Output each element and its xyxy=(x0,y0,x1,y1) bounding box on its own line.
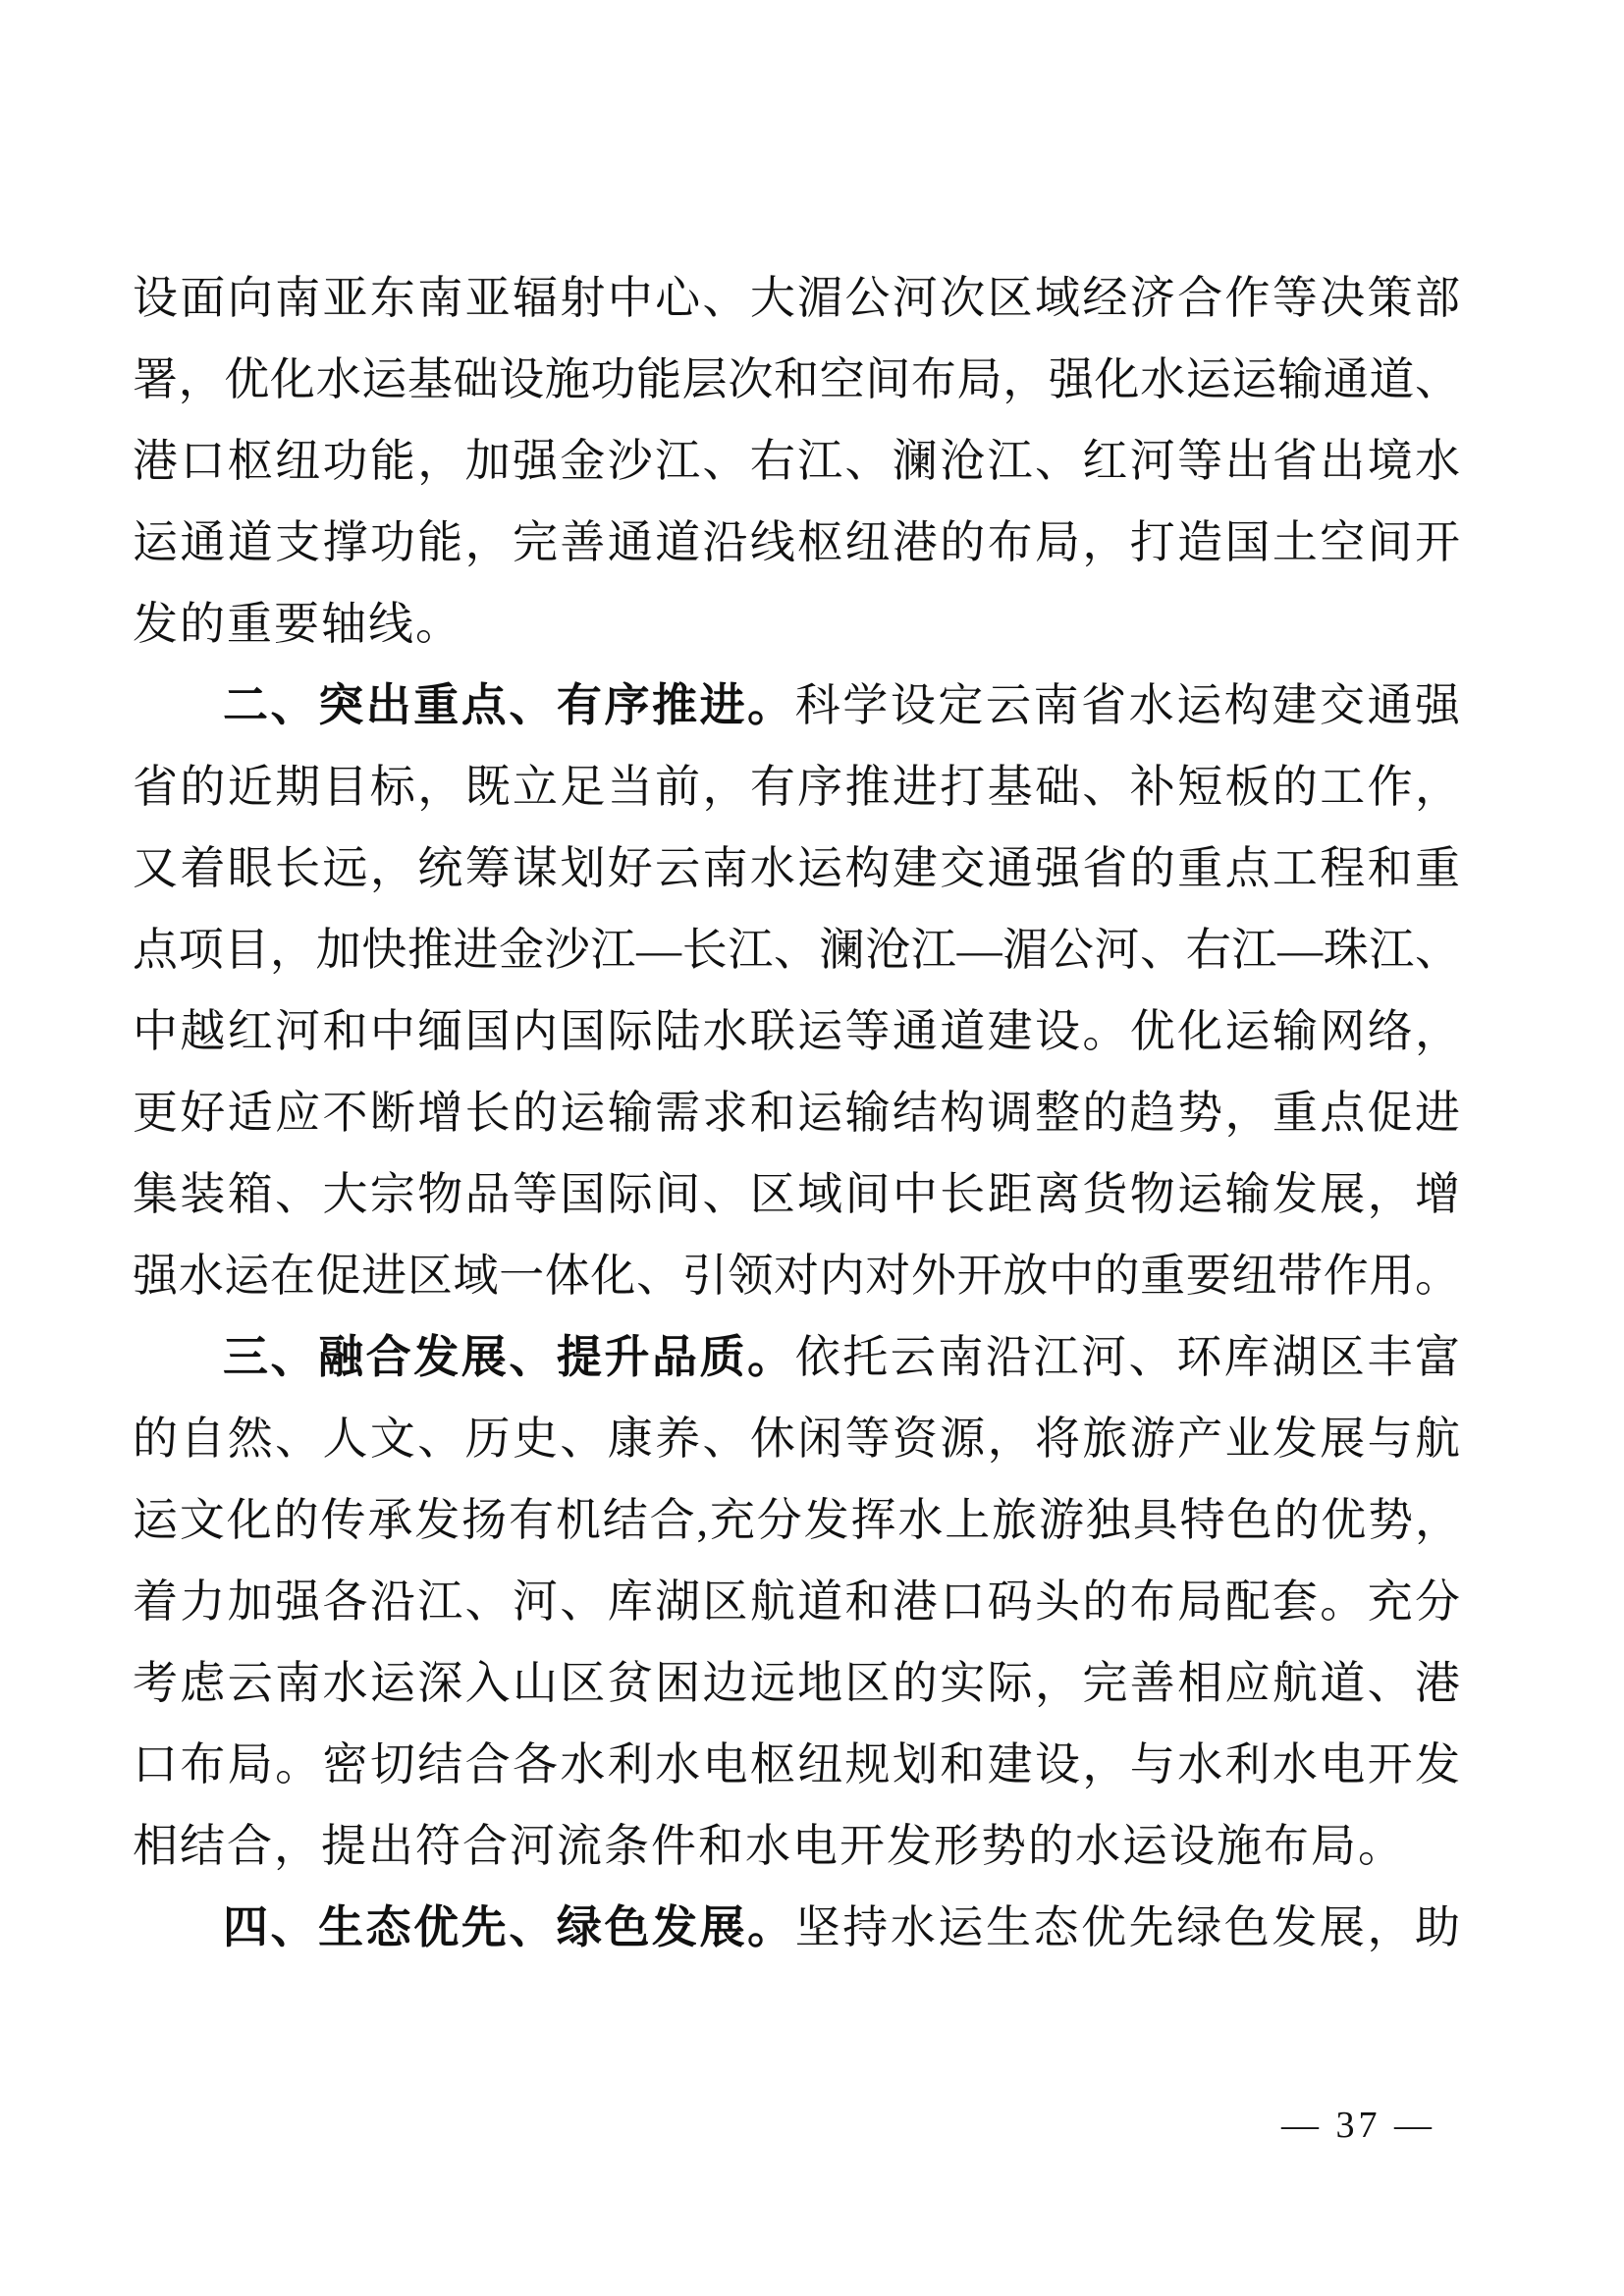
line-text: 运通道支撑功能，完善通道沿线枢纽港的布局，打造国土空间开 xyxy=(133,517,1460,567)
text-line: 中越红河和中缅国内国际陆水联运等通道建设。优化运输网络， xyxy=(133,990,1460,1072)
line-text: 发的重要轴线。 xyxy=(133,599,462,649)
line-text: 设面向南亚东南亚辐射中心、大湄公河次区域经济合作等决策部 xyxy=(133,273,1460,323)
text-line: 强水运在促进区域一体化、引领对内对外开放中的重要纽带作用。 xyxy=(133,1235,1460,1316)
text-line: 运文化的传承发扬有机结合,充分发挥水上旅游独具特色的优势， xyxy=(133,1479,1460,1561)
line-text: 相结合，提出符合河流条件和水电开发形势的水运设施布局。 xyxy=(133,1821,1405,1871)
text-line: 省的近期目标，既立足当前，有序推进打基础、补短板的工作， xyxy=(133,746,1460,828)
text-line-section-4: 四、生态优先、绿色发展。坚持水运生态优先绿色发展，助 xyxy=(133,1887,1460,1968)
section-4-heading: 四、生态优先、绿色发展。 xyxy=(223,1901,795,1952)
line-text: 坚持水运生态优先绿色发展，助 xyxy=(795,1902,1460,1952)
text-line: 发的重要轴线。 xyxy=(133,583,1460,665)
line-text: 又着眼长远，统筹谋划好云南水运构建交通强省的重点工程和重 xyxy=(133,843,1460,893)
line-text: 科学设定云南省水运构建交通强 xyxy=(795,680,1460,730)
line-text: 点项目，加快推进金沙江—长江、澜沧江—湄公河、右江—珠江、 xyxy=(133,925,1460,975)
line-text: 中越红河和中缅国内国际陆水联运等通道建设。优化运输网络， xyxy=(133,1006,1460,1056)
text-line: 相结合，提出符合河流条件和水电开发形势的水运设施布局。 xyxy=(133,1805,1460,1887)
line-text: 依托云南沿江河、环库湖区丰富 xyxy=(795,1332,1460,1382)
text-line-section-2: 二、突出重点、有序推进。科学设定云南省水运构建交通强 xyxy=(133,665,1460,746)
text-line: 设面向南亚东南亚辐射中心、大湄公河次区域经济合作等决策部 xyxy=(133,257,1460,339)
line-text: 的自然、人文、历史、康养、休闲等资源，将旅游产业发展与航 xyxy=(133,1414,1460,1464)
line-text: 更好适应不断增长的运输需求和运输结构调整的趋势，重点促进 xyxy=(133,1088,1460,1138)
text-line: 运通道支撑功能，完善通道沿线枢纽港的布局，打造国土空间开 xyxy=(133,502,1460,583)
line-text: 运文化的传承发扬有机结合,充分发挥水上旅游独具特色的优势， xyxy=(133,1495,1460,1545)
line-text: 省的近期目标，既立足当前，有序推进打基础、补短板的工作， xyxy=(133,762,1460,812)
line-text: 集装箱、大宗物品等国际间、区域间中长距离货物运输发展，增 xyxy=(133,1169,1460,1219)
text-line: 又着眼长远，统筹谋划好云南水运构建交通强省的重点工程和重 xyxy=(133,828,1460,909)
line-text: 强水运在促进区域一体化、引领对内对外开放中的重要纽带作用。 xyxy=(133,1251,1460,1301)
text-line: 署，优化水运基础设施功能层次和空间布局，强化水运运输通道、 xyxy=(133,339,1460,420)
line-text: 着力加强各沿江、河、库湖区航道和港口码头的布局配套。充分 xyxy=(133,1576,1460,1627)
text-line: 的自然、人文、历史、康养、休闲等资源，将旅游产业发展与航 xyxy=(133,1398,1460,1479)
text-line: 港口枢纽功能，加强金沙江、右江、澜沧江、红河等出省出境水 xyxy=(133,420,1460,502)
text-line-section-3: 三、融合发展、提升品质。依托云南沿江河、环库湖区丰富 xyxy=(133,1316,1460,1398)
text-line: 更好适应不断增长的运输需求和运输结构调整的趋势，重点促进 xyxy=(133,1072,1460,1153)
text-line: 集装箱、大宗物品等国际间、区域间中长距离货物运输发展，增 xyxy=(133,1153,1460,1235)
line-text: 署，优化水运基础设施功能层次和空间布局，强化水运运输通道、 xyxy=(133,354,1460,404)
text-line: 着力加强各沿江、河、库湖区航道和港口码头的布局配套。充分 xyxy=(133,1561,1460,1642)
line-text: 口布局。密切结合各水利水电枢纽规划和建设，与水利水电开发 xyxy=(133,1739,1460,1789)
page-number: — 37 — xyxy=(1281,2101,1435,2150)
text-line: 口布局。密切结合各水利水电枢纽规划和建设，与水利水电开发 xyxy=(133,1724,1460,1805)
body-text: 设面向南亚东南亚辐射中心、大湄公河次区域经济合作等决策部 署，优化水运基础设施功… xyxy=(133,257,1460,1968)
text-line: 考虑云南水运深入山区贫困边远地区的实际，完善相应航道、港 xyxy=(133,1642,1460,1724)
section-2-heading: 二、突出重点、有序推进。 xyxy=(223,679,795,730)
document-page: 设面向南亚东南亚辐射中心、大湄公河次区域经济合作等决策部 署，优化水运基础设施功… xyxy=(0,0,1624,2296)
line-text: 考虑云南水运深入山区贫困边远地区的实际，完善相应航道、港 xyxy=(133,1658,1460,1708)
line-text: 港口枢纽功能，加强金沙江、右江、澜沧江、红河等出省出境水 xyxy=(133,436,1460,486)
section-3-heading: 三、融合发展、提升品质。 xyxy=(223,1331,795,1382)
text-line: 点项目，加快推进金沙江—长江、澜沧江—湄公河、右江—珠江、 xyxy=(133,909,1460,990)
